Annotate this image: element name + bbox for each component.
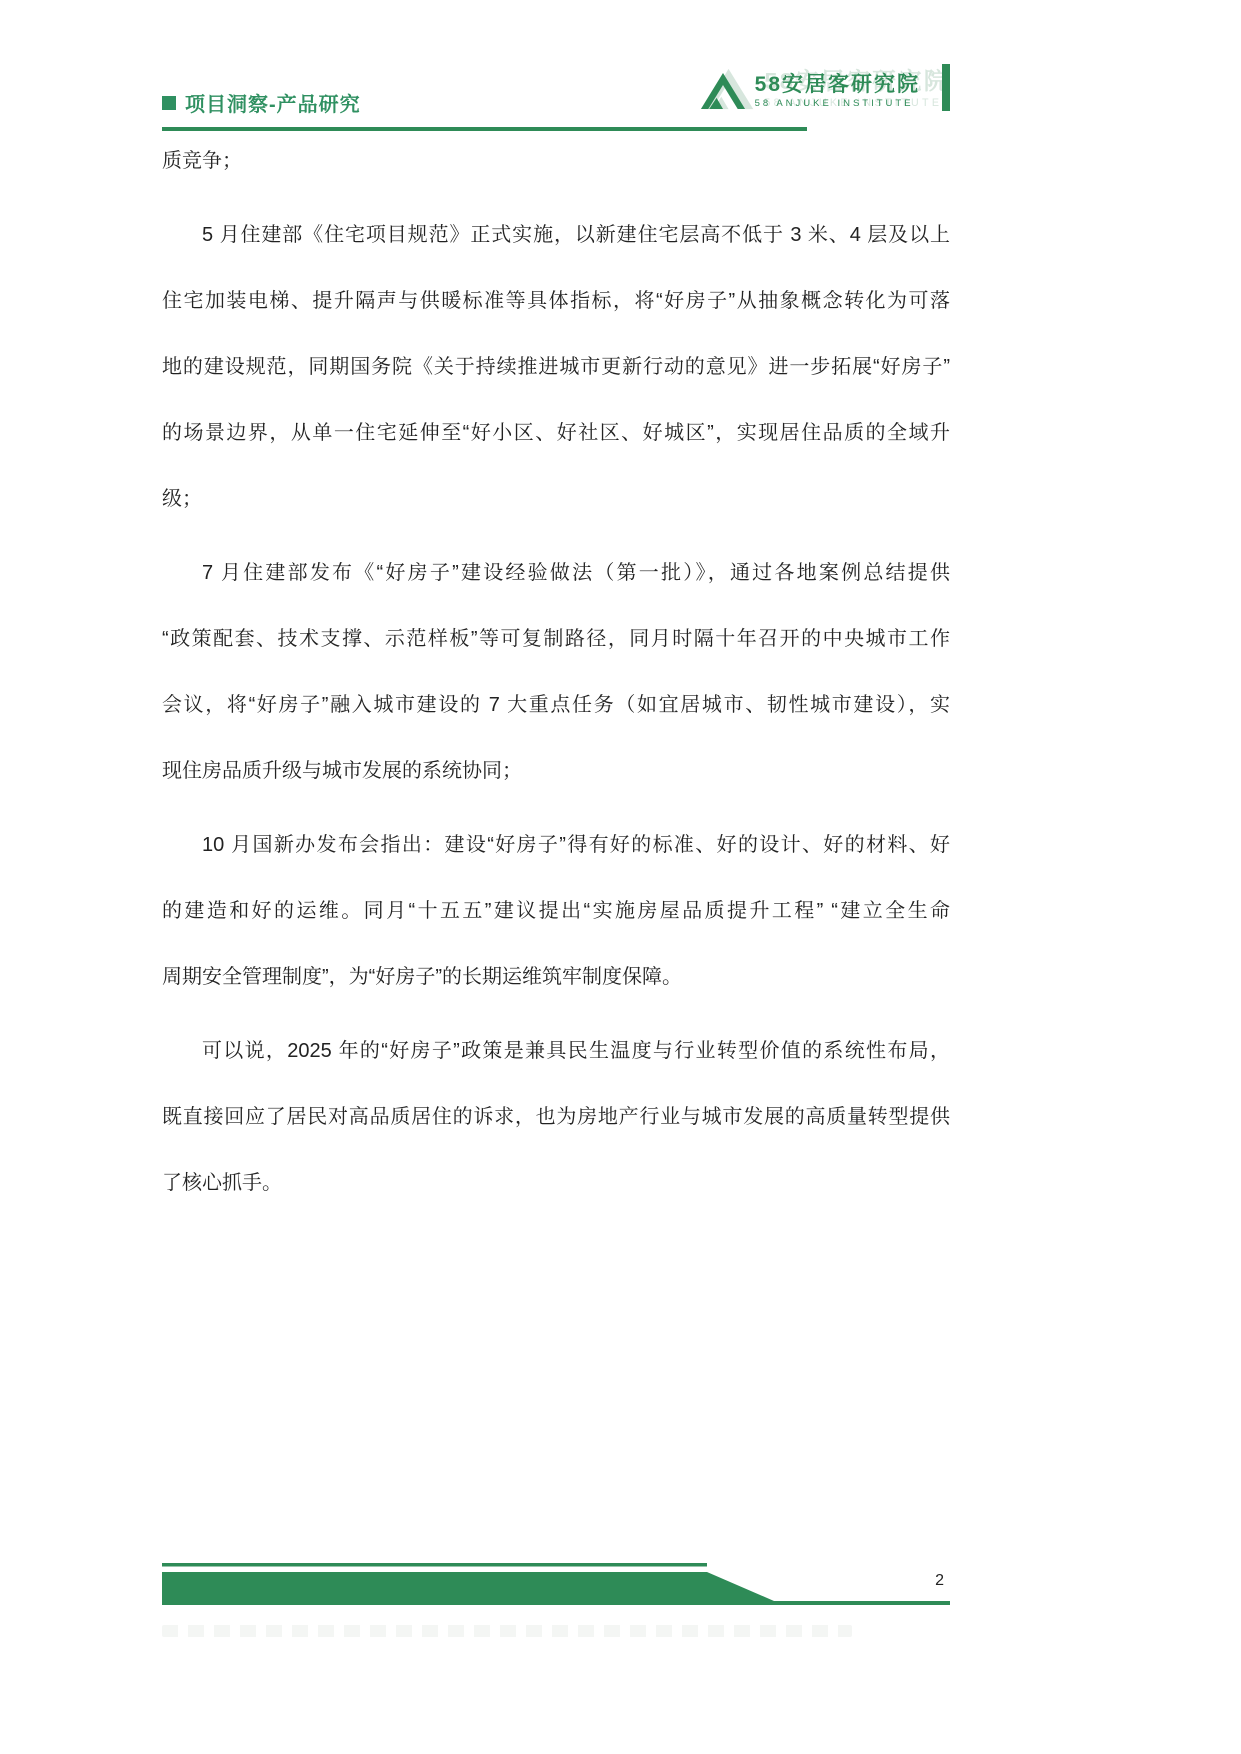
text-line: 的场景边界，从单一住宅延伸至“好小区、好社区、好城区”，实现居住品质的全域升 xyxy=(162,400,950,466)
anjuke-logo-wrap: 58安居客研究院 58 ANJUKE INSTITUTE 58安居客研究院 58… xyxy=(690,72,950,124)
text-line: 既直接回应了居民对高品质居住的诉求，也为房地产行业与城市发展的高质量转型提供 xyxy=(162,1084,950,1150)
paragraph: 5 月住建部《住宅项目规范》正式实施，以新建住宅层高不低于 3 米、4 层及以上… xyxy=(162,202,950,532)
paragraph: 7 月住建部发布《“好房子”建设经验做法（第一批）》，通过各地案例总结提供“政策… xyxy=(162,540,950,804)
text-line: 5 月住建部《住宅项目规范》正式实施，以新建住宅层高不低于 3 米、4 层及以上 xyxy=(162,202,950,268)
logo-subtitle-en: 58 ANJUKE INSTITUTE xyxy=(755,99,920,109)
header-right-bar xyxy=(942,64,950,111)
paragraph: 质竞争； xyxy=(162,128,950,194)
page-number: 2 xyxy=(935,1572,944,1590)
section-title-row: 项目洞察-产品研究 xyxy=(162,88,361,117)
footer-banner xyxy=(162,1563,950,1611)
document-body: 质竞争；5 月住建部《住宅项目规范》正式实施，以新建住宅层高不低于 3 米、4 … xyxy=(162,128,950,1224)
page-header: 项目洞察-产品研究 58安居客研究院 58 ANJUKE INSTITUTE xyxy=(162,80,950,132)
text-line: 现住房品质升级与城市发展的系统协同； xyxy=(162,738,950,804)
text-line: 了核心抓手。 xyxy=(162,1150,950,1216)
text-line: 周期安全管理制度”，为“好房子”的长期运维筑牢制度保障。 xyxy=(162,944,950,1010)
paragraph: 可以说，2025 年的“好房子”政策是兼具民生温度与行业转型价值的系统性布局，既… xyxy=(162,1018,950,1216)
anjuke-logo: 58安居客研究院 58 ANJUKE INSTITUTE xyxy=(700,72,920,110)
text-line: 7 月住建部发布《“好房子”建设经验做法（第一批）》，通过各地案例总结提供 xyxy=(162,540,950,606)
text-line: “政策配套、技术支撑、示范样板”等可复制路径，同月时隔十年召开的中央城市工作 xyxy=(162,606,950,672)
footer-watermark xyxy=(162,1625,852,1637)
paragraph: 10 月国新办发布会指出：建设“好房子”得有好的标准、好的设计、好的材料、好的建… xyxy=(162,812,950,1010)
text-line: 会议，将“好房子”融入城市建设的 7 大重点任务（如宜居城市、韧性城市建设），实 xyxy=(162,672,950,738)
page-footer: 2 xyxy=(162,1563,950,1611)
text-line: 地的建设规范，同期国务院《关于持续推进城市更新行动的意见》进一步拓展“好房子” xyxy=(162,334,950,400)
text-line: 级； xyxy=(162,466,950,532)
text-line: 10 月国新办发布会指出：建设“好房子”得有好的标准、好的设计、好的材料、好 xyxy=(162,812,950,878)
text-line: 质竞争； xyxy=(162,128,950,194)
text-line: 住宅加装电梯、提升隔声与供暖标准等具体指标，将“好房子”从抽象概念转化为可落 xyxy=(162,268,950,334)
anjuke-logo-icon xyxy=(700,72,746,110)
page: 项目洞察-产品研究 58安居客研究院 58 ANJUKE INSTITUTE xyxy=(0,0,1241,1754)
text-line: 的建造和好的运维。同月“十五五”建议提出“实施房屋品质提升工程” “建立全生命 xyxy=(162,878,950,944)
section-title: 项目洞察-产品研究 xyxy=(185,88,361,117)
section-bullet-icon xyxy=(162,96,176,110)
text-line: 可以说，2025 年的“好房子”政策是兼具民生温度与行业转型价值的系统性布局， xyxy=(162,1018,950,1084)
logo-title-cn: 58安居客研究院 xyxy=(755,73,920,96)
